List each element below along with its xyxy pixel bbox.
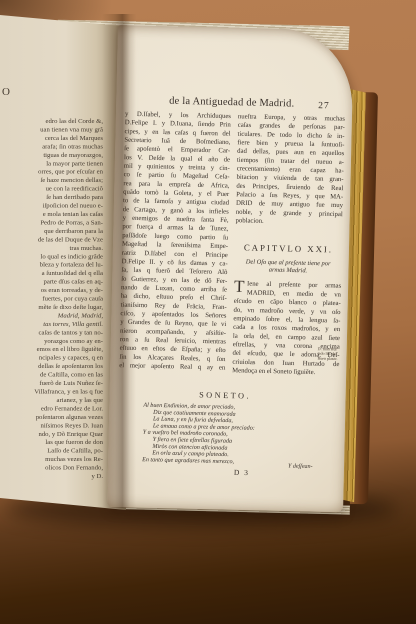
text-line: fuertes, por cuya cauſa xyxy=(0,295,103,303)
text-line: ue con la reedificaciõ xyxy=(0,185,103,193)
text-line: dellas ſe apoſentaron los xyxy=(0,362,103,370)
text-line: orres, que por eſcuſar en xyxy=(0,168,103,176)
text-line: a ſuntuoſidad del q ella xyxy=(0,269,103,277)
text-line: Laſſo de Caſtilla, po- xyxy=(0,447,103,455)
text-line: arafa; ſin otras muchas xyxy=(0,142,103,150)
drop-cap-initial: T xyxy=(234,279,245,294)
text-line: niſsimos Reyes D. Iuan xyxy=(0,421,103,429)
photo-of-open-book: { "colors":{ "background_tan":"#b67e52",… xyxy=(0,0,416,624)
text-line: edro Fernandez de Lor. xyxy=(0,404,103,412)
chapter-paragraph: T Iene al preſente por armasMADRID, en m… xyxy=(232,279,341,377)
right-column: nueſtra Europa, y otras muchascaſas gran… xyxy=(232,112,345,377)
catchword: Y deſſean- xyxy=(288,462,313,470)
text-line: poſentaron algunas vezes xyxy=(0,413,103,421)
text-line: olicos Don Fernando, xyxy=(0,464,103,472)
text-line: edro las del Corde &, xyxy=(0,117,103,125)
text-line: fuerõ de Luis Nuñez ſe- xyxy=(0,379,103,387)
left-running-header-fragment: O xyxy=(2,85,10,98)
text-line: Madrid, Madrid, xyxy=(0,311,103,319)
text-line: de las del Duque de Vze xyxy=(0,235,103,243)
text-line: tas torres, Villa gentil. xyxy=(0,320,103,328)
text-line: que derribaron para la xyxy=(0,227,103,235)
text-line: ſe han derribado para xyxy=(0,193,103,201)
right-page-text: de la Antiguedad de Madrid. 27 y D.Iſabe… xyxy=(109,25,355,512)
text-line: cerca las del Marques xyxy=(0,134,103,142)
text-line: la mayor parte tienen xyxy=(0,159,103,167)
gathering-signature: D 3 xyxy=(234,469,250,478)
left-column: y D.Iſabel, y los ArchiduquesD.Felipe I.… xyxy=(119,109,231,371)
text-line: tiguas de mayorazgos, xyxy=(0,151,103,159)
text-line: iſpoſicion del nueuo e- xyxy=(0,202,103,210)
text-line: Pedro de Porras, a San- xyxy=(0,218,103,226)
text-line: el mejor apoſento Real q ay en xyxy=(119,361,225,372)
text-line: y D. xyxy=(0,472,103,480)
text-line: las que fueron de don xyxy=(0,438,103,446)
text-line: Villafranca, y en las q fue xyxy=(0,388,103,396)
text-line: emos en el libro ſiguiẽte, xyxy=(0,345,103,353)
folio-number: 27 xyxy=(318,100,330,111)
text-line: mẽte ſe dixo deſte lugar, xyxy=(0,303,103,311)
text-line: ndo, y Dõ Enrique Quar xyxy=(0,430,103,438)
chapter-subtitle: Del Oſo que al preſente tiene por armas … xyxy=(234,258,341,275)
text-line: os eran torreadas, y de- xyxy=(0,286,103,294)
text-line: e mola tenian las caſas xyxy=(0,210,103,218)
text-line: yorazgos como ay en- xyxy=(0,337,103,345)
text-line: de Caſtilla, como en las xyxy=(0,371,103,379)
running-header: de la Antiguedad de Madrid. xyxy=(125,93,338,110)
right-page: de la Antiguedad de Madrid. 27 y D.Iſabe… xyxy=(107,25,354,512)
text-line: ncipales y capaces, q en xyxy=(0,354,103,362)
text-line: muchas vezes los Re- xyxy=(0,455,103,463)
text-line: tras muchas. xyxy=(0,244,103,252)
text-line: caſas de tantos y tan no- xyxy=(0,328,103,336)
text-line: Buen plazer. xyxy=(317,356,346,361)
margin-note: D. Iuan Hurtado lib. delBuen plazer. xyxy=(317,347,346,362)
chapter-heading: CAPITVLO XXI. xyxy=(235,242,342,255)
left-page: O edro las del Corde &,uan tienen vna mu… xyxy=(0,12,126,510)
left-page-column: edro las del Corde &,uan tienen vna muy … xyxy=(0,117,103,480)
left-page-text: O edro las del Corde &,uan tienen vna mu… xyxy=(0,12,125,510)
sonnet-verse: Al buen Endimion, de amor preciado,Diz q… xyxy=(142,402,255,466)
text-line: bleza y fortaleza del lu- xyxy=(0,261,103,269)
text-line: En tanto que agradares mas merezco, xyxy=(142,456,254,465)
text-line: arianez, y las que xyxy=(0,396,103,404)
right-column-top-paragraph: nueſtra Europa, y otras muchascaſas gran… xyxy=(236,112,346,227)
text-line: ſe haze mencion dellas; xyxy=(0,176,103,184)
text-line: lo qual es indicio grãde xyxy=(0,252,103,260)
text-line: parte dſus caſas en aq- xyxy=(0,278,103,286)
text-line: uan tienen vna muy grã xyxy=(0,125,103,133)
